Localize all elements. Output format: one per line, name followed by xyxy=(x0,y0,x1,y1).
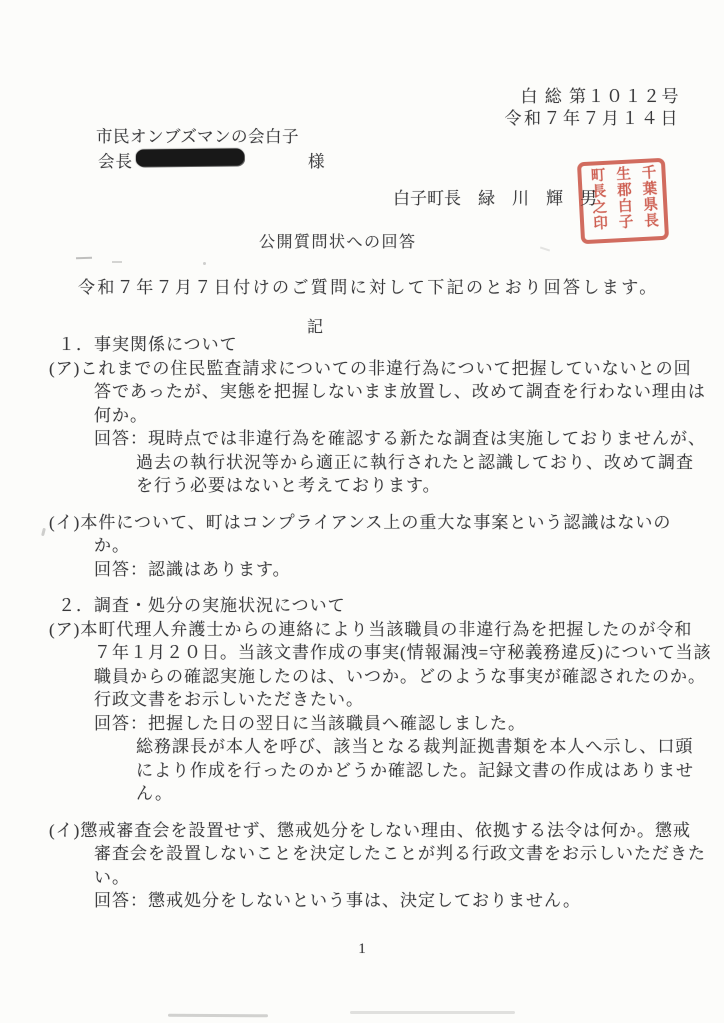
intro-paragraph: 令和７年７月７日付けのご質問に対して下記のとおり回答します。 xyxy=(78,273,659,298)
recipient-title: 会長 xyxy=(98,148,133,172)
doc-line: (ア)本町代理人弁護士からの連絡により当該職員の非違行為を把握したのが令和 xyxy=(49,618,689,642)
mayor-seal-stamp: 千葉県長 生郡白子 町長之印 xyxy=(577,158,669,244)
doc-line: 過去の執行状況等から適正に執行されたと認識しており、改めて調査 xyxy=(136,451,689,475)
doc-line: 行政文書をお示しいただきたい。 xyxy=(94,688,689,712)
doc-line: 職員からの確認実施したのは、いつか。どのような事実が確認されたのか。 xyxy=(94,665,689,689)
doc-line: １．事実関係について xyxy=(58,333,689,357)
scan-artifact xyxy=(540,247,550,252)
scan-artifact xyxy=(350,1011,515,1014)
scanned-document-page: 白 総 第１０１２号 令和７年７月１４日 市民オンブズマンの会白子 会長 様 白… xyxy=(0,0,724,1023)
doc-line: ん。 xyxy=(136,782,689,806)
sender-mayor-name: 白子町長 緑 川 輝 男 xyxy=(393,184,597,209)
page-number: 1 xyxy=(0,941,724,958)
doc-line: (イ)懲戒審査会を設置せず、懲戒処分をしない理由、依拠する法令は何か。懲戒 xyxy=(49,819,689,843)
redacted-name-bar xyxy=(136,148,244,166)
doc-line: か。 xyxy=(94,534,689,558)
document-body: １．事実関係について(ア)これまでの住民監査請求についての非違行為について把握し… xyxy=(49,333,689,913)
recipient-honorific: 様 xyxy=(308,148,325,172)
doc-line: い。 xyxy=(94,866,689,890)
doc-line: 回答：把握した日の翌日に当該職員へ確認しました。 xyxy=(94,712,689,736)
scan-artifact xyxy=(76,257,92,260)
doc-line: 回答：認識はあります。 xyxy=(94,558,689,582)
doc-line: により作成を行ったのかどうか確認した。記録文書の作成はありませ xyxy=(136,759,689,783)
doc-line: ７年１月２０日。当該文書作成の事実(情報漏洩=守秘義務違反)について当該 xyxy=(94,641,689,665)
doc-line: 審査会を設置しないことを決定したことが判る行政文書をお示しいただきた xyxy=(94,842,689,866)
seal-column-middle: 生郡白子 xyxy=(610,165,637,236)
scan-artifact xyxy=(112,261,122,263)
document-title: 公開質問状への回答 xyxy=(259,229,417,252)
recipient-organization: 市民オンブズマンの会白子 xyxy=(96,123,299,147)
doc-line: を行う必要はないと考えております。 xyxy=(136,474,689,498)
scan-artifact xyxy=(203,262,206,265)
doc-line: ２．調査・処分の実施状況について xyxy=(58,594,689,618)
seal-column-left: 町長之印 xyxy=(584,167,611,238)
document-date: 令和７年７月１４日 xyxy=(505,104,681,129)
doc-line: 何か。 xyxy=(94,404,689,428)
scan-artifact xyxy=(41,528,46,536)
seal-column-right: 千葉県長 xyxy=(635,164,662,235)
doc-line: 回答：現時点では非違行為を確認する新たな調査は実施しておりませんが、 xyxy=(94,427,689,451)
scan-artifact xyxy=(168,1014,268,1018)
doc-line: (イ)本件について、町はコンプライアンス上の重大な事案という認識はないの xyxy=(49,511,689,535)
doc-line: 答であったが、実態を把握しないまま放置し、改めて調査を行わない理由は xyxy=(94,380,689,404)
doc-line: (ア)これまでの住民監査請求についての非違行為について把握していないとの回 xyxy=(49,357,689,381)
doc-line: 総務課長が本人を呼び、該当となる裁判証拠書類を本人へ示し、口頭 xyxy=(136,735,689,759)
doc-line: 回答：懲戒処分をしないという事は、決定しておりません。 xyxy=(94,889,689,913)
